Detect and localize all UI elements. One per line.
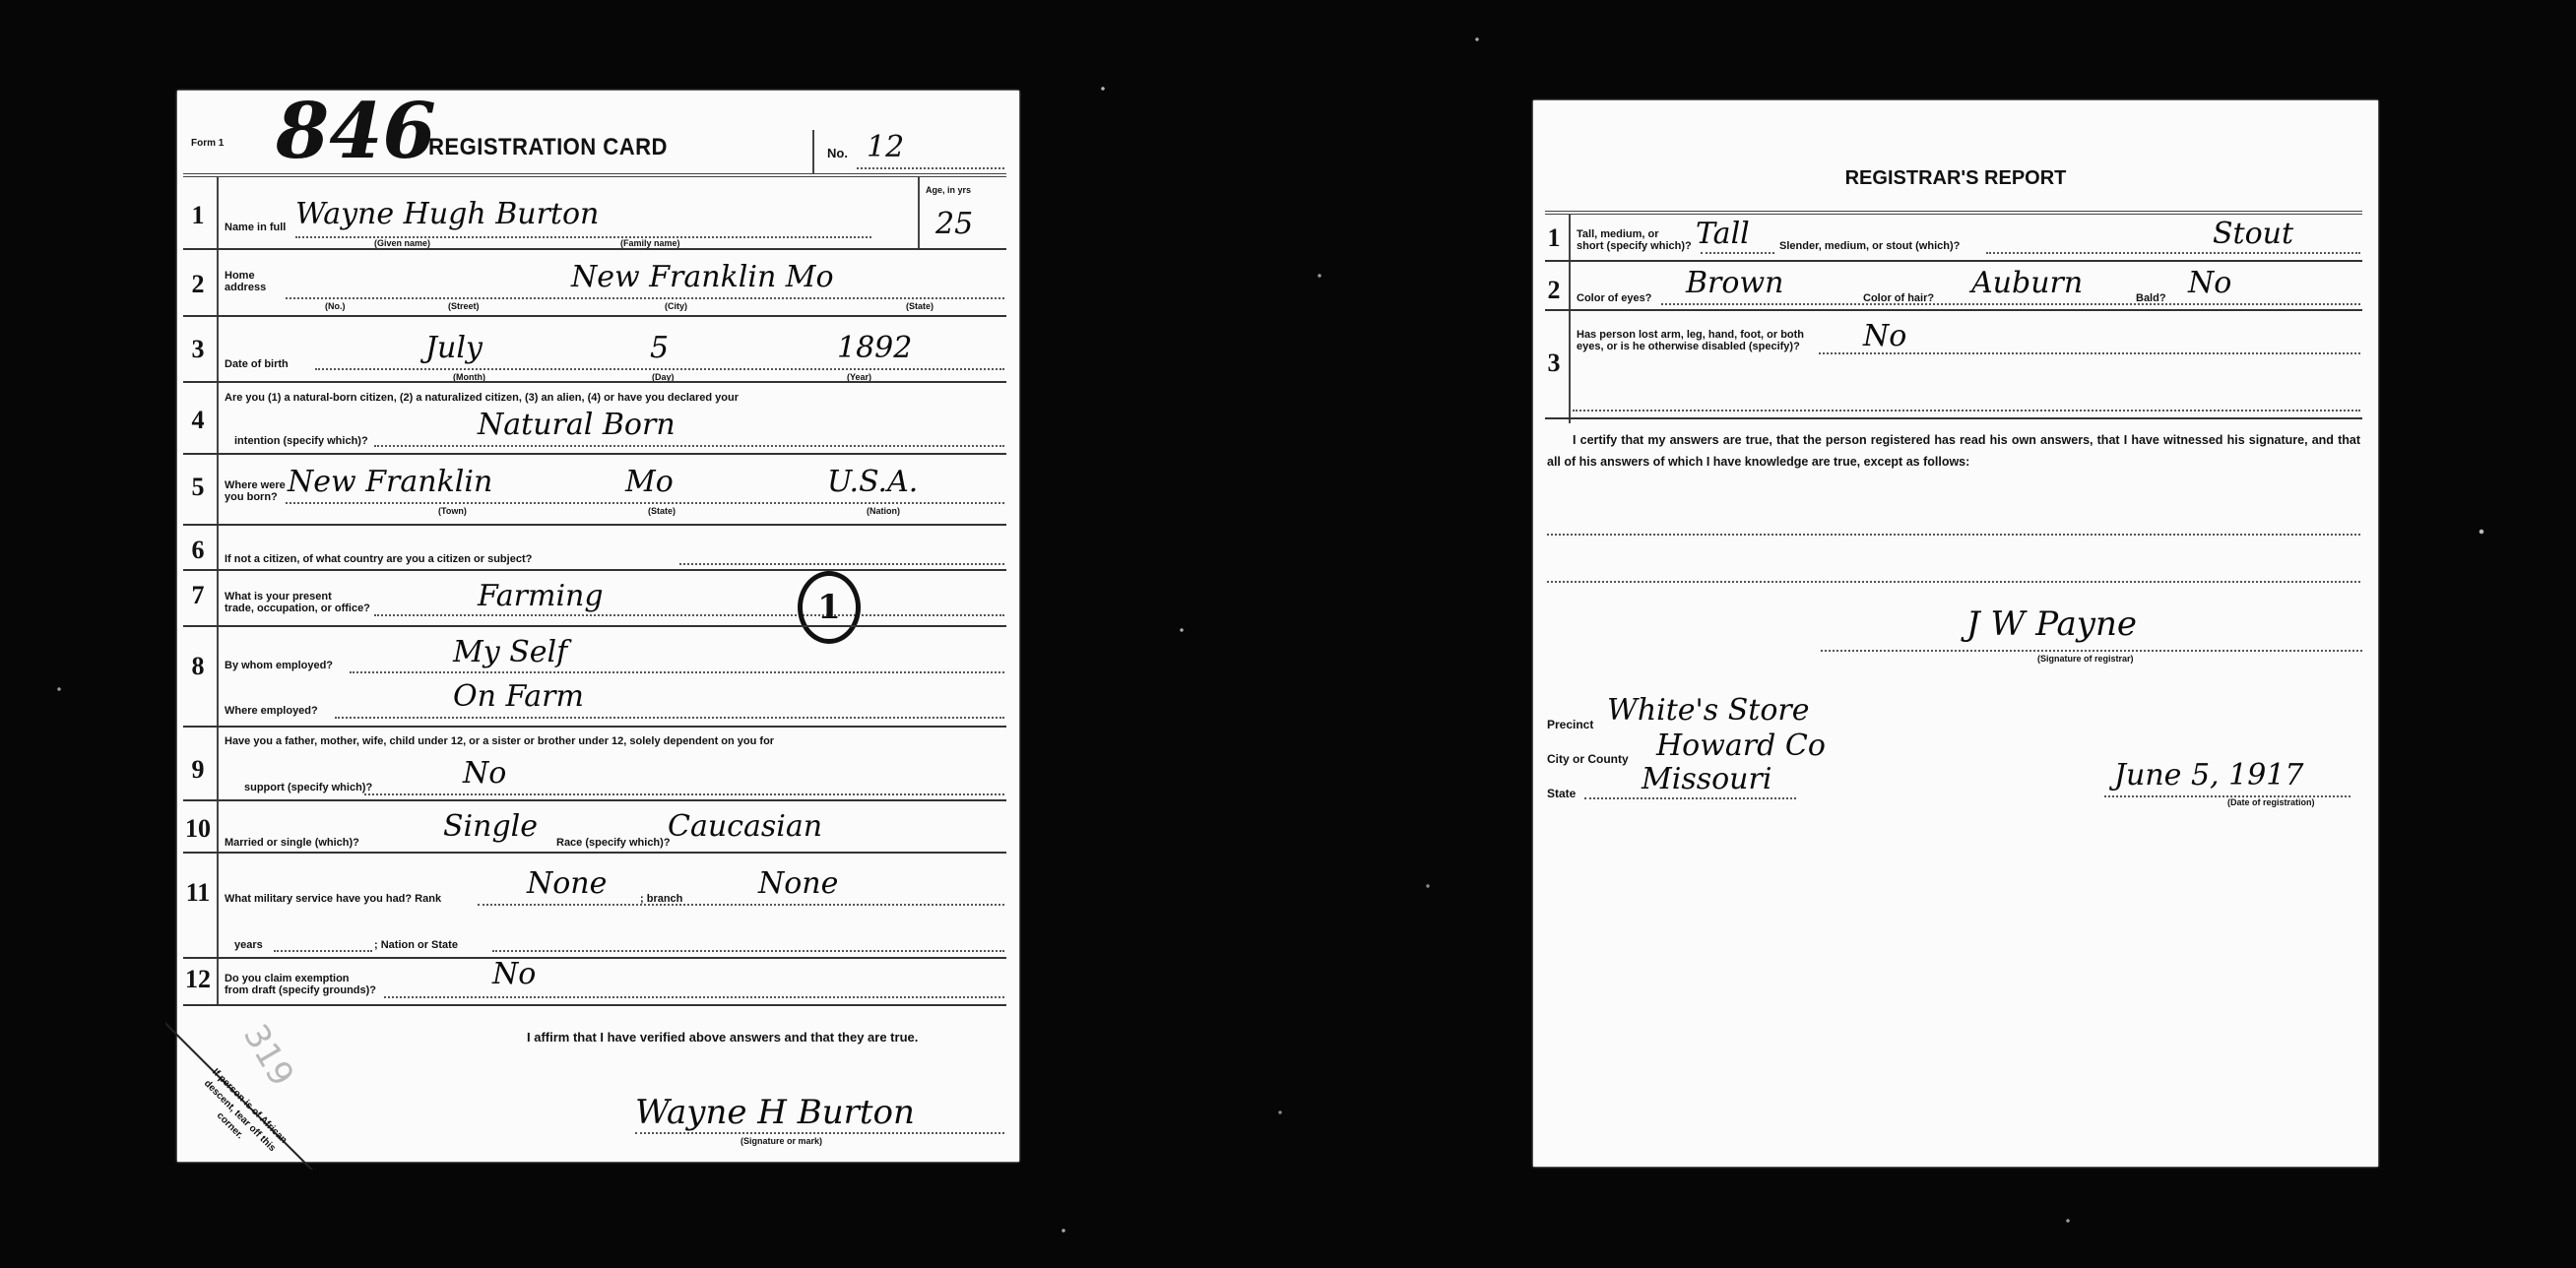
state-value: Missouri	[1642, 762, 1771, 796]
row-number: 5	[185, 473, 211, 502]
row-number: 3	[1541, 349, 1567, 378]
build-label: Slender, medium, or stout (which)?	[1779, 240, 1960, 252]
row-divider	[183, 569, 1006, 571]
header-rule	[1545, 211, 2362, 215]
registration-date: June 5, 1917	[2114, 758, 2303, 792]
row-divider	[183, 381, 1006, 383]
exception-line	[1547, 534, 2360, 536]
hair-color-value: Auburn	[1971, 266, 2083, 300]
disability-label: Has person lost arm, leg, hand, foot, or…	[1577, 329, 1804, 341]
divider	[918, 177, 920, 248]
card-number-label: No.	[827, 146, 848, 160]
card-number-value: 12	[867, 130, 904, 164]
number-column-rule	[217, 177, 219, 1004]
address-caption: (City)	[665, 301, 687, 311]
date-caption: (Date of registration)	[2227, 797, 2315, 807]
affirmation-text: I affirm that I have verified above answ…	[527, 1032, 918, 1044]
row-divider	[183, 852, 1006, 854]
birth-nation: U.S.A.	[827, 465, 918, 499]
divider	[274, 950, 372, 952]
employer-value: My Self	[453, 635, 567, 669]
row-number: 10	[181, 814, 215, 844]
divider	[857, 167, 1004, 169]
address-label: Home	[225, 270, 255, 282]
employer-label: By whom employed?	[225, 660, 333, 671]
branch-value: None	[758, 866, 838, 901]
exemption-label: from draft (specify grounds)?	[225, 984, 376, 996]
row-number: 9	[185, 755, 211, 785]
disability-value: No	[1863, 319, 1906, 353]
build-value: Stout	[2213, 217, 2293, 251]
row-divider	[183, 453, 1006, 455]
years-label: years	[234, 939, 263, 951]
birth-state: Mo	[625, 465, 674, 499]
report-title: REGISTRAR'S REPORT	[1533, 167, 2378, 190]
exemption-value: No	[492, 957, 536, 991]
dob-year: 1892	[837, 331, 912, 365]
divider	[286, 502, 1004, 504]
number-column-rule	[1569, 215, 1571, 423]
row-divider	[183, 315, 1006, 317]
row-divider	[183, 799, 1006, 801]
occupation-label: trade, occupation, or office?	[225, 602, 370, 614]
exception-line	[1547, 581, 2360, 583]
eye-color-value: Brown	[1686, 266, 1783, 300]
form-label: Form 1	[191, 138, 224, 149]
age-label: Age, in yrs	[926, 185, 971, 195]
divider	[286, 297, 1004, 299]
occupation-label: What is your present	[225, 591, 332, 602]
birthplace-label: Where were	[225, 479, 286, 491]
row-divider	[183, 957, 1006, 959]
header-rule	[183, 173, 1006, 177]
family-name-caption: (Family name)	[620, 238, 680, 248]
divider	[1584, 797, 1796, 799]
divider	[315, 368, 1004, 370]
registrant-signature: Wayne H Burton	[635, 1093, 915, 1132]
row-number: 7	[185, 581, 211, 610]
marital-value: Single	[443, 809, 538, 844]
row-number: 12	[181, 965, 215, 994]
signature-caption: (Signature or mark)	[741, 1136, 822, 1146]
row-divider	[1545, 260, 2362, 262]
registrar-signature: J W Payne	[1966, 604, 2137, 644]
card-title: REGISTRATION CARD	[428, 134, 668, 161]
dependents-value: No	[463, 756, 506, 791]
divider	[1821, 650, 2362, 652]
address-caption: (State)	[906, 301, 934, 311]
birthplace-caption: (Town)	[438, 506, 467, 516]
row-divider	[183, 1004, 1006, 1006]
address-caption: (Street)	[448, 301, 480, 311]
eye-color-label: Color of eyes?	[1577, 292, 1651, 304]
dependents-question: Have you a father, mother, wife, child u…	[225, 735, 774, 747]
row-number: 6	[185, 536, 211, 565]
row-number: 11	[181, 878, 215, 908]
row-divider	[1545, 417, 2362, 419]
row-number: 1	[1541, 223, 1567, 253]
registrar-caption: (Signature of registrar)	[2037, 654, 2134, 664]
row-number: 2	[1541, 276, 1567, 305]
state-label: State	[1547, 788, 1576, 799]
birthplace-label: you born?	[225, 491, 278, 503]
citizenship-label: intention (specify which)?	[234, 435, 368, 447]
row-divider	[183, 625, 1006, 627]
row-number: 4	[185, 406, 211, 435]
divider	[1819, 352, 2360, 354]
disability-label: eyes, or is he otherwise disabled (speci…	[1577, 341, 1800, 352]
citizenship-question: Are you (1) a natural-born citizen, (2) …	[225, 392, 739, 404]
work-location-value: On Farm	[453, 679, 584, 714]
address-label: address	[225, 282, 266, 293]
row-divider	[1545, 309, 2362, 311]
circled-class-mark: 1	[798, 571, 861, 644]
certification-text: I certify that my answers are true, that…	[1547, 429, 2360, 473]
divider	[335, 717, 1004, 719]
row-divider	[183, 726, 1006, 728]
row-number: 1	[185, 201, 211, 230]
given-name-caption: (Given name)	[374, 238, 430, 248]
citizenship-value: Natural Born	[478, 408, 676, 442]
nation-label: ; Nation or State	[374, 939, 458, 951]
row-number: 3	[185, 335, 211, 364]
dob-label: Date of birth	[225, 358, 289, 370]
serial-number: 846	[276, 87, 436, 176]
row-divider	[183, 248, 1006, 250]
divider	[374, 445, 1004, 447]
divider	[1701, 252, 1774, 254]
birthplace-caption: (State)	[648, 506, 676, 516]
name-value: Wayne Hugh Burton	[295, 197, 599, 231]
divider	[350, 671, 1004, 673]
birth-town: New Franklin	[288, 465, 492, 499]
address-value: New Franklin Mo	[571, 260, 834, 294]
divider	[384, 996, 1004, 998]
divider	[679, 563, 1004, 565]
row-divider	[183, 524, 1006, 526]
divider	[374, 614, 1004, 616]
work-location-label: Where employed?	[225, 705, 318, 717]
dependents-label: support (specify which)?	[244, 782, 372, 793]
branch-label: ; branch	[640, 893, 682, 905]
registrars-report-card: REGISTRAR'S REPORT 1 Tall, medium, or sh…	[1533, 100, 2378, 1167]
race-label: Race (specify which)?	[556, 837, 671, 849]
name-label: Name in full	[225, 222, 286, 233]
dob-day: 5	[650, 331, 669, 365]
divider	[364, 793, 1004, 795]
divider	[812, 130, 814, 173]
county-value: Howard Co	[1656, 729, 1826, 763]
registration-card-front: Form 1 846 REGISTRATION CARD No. 12 1 Na…	[177, 91, 1019, 1162]
occupation-value: Farming	[478, 579, 604, 613]
height-label: short (specify which)?	[1577, 240, 1692, 252]
address-caption: (No.)	[325, 301, 346, 311]
exemption-label: Do you claim exemption	[225, 973, 350, 984]
rank-value: None	[527, 866, 607, 901]
precinct-value: White's Store	[1607, 693, 1810, 728]
marital-label: Married or single (which)?	[225, 837, 359, 849]
citizen-of-label: If not a citizen, of what country are yo…	[225, 553, 532, 565]
precinct-label: Precinct	[1547, 719, 1593, 730]
race-value: Caucasian	[668, 809, 822, 844]
height-label: Tall, medium, or	[1577, 228, 1659, 240]
divider	[478, 904, 1004, 906]
row-number: 2	[185, 270, 211, 299]
divider	[1986, 252, 2360, 254]
dob-month: July	[425, 331, 483, 365]
bald-value: No	[2188, 266, 2231, 300]
age-value: 25	[935, 207, 973, 241]
divider	[1661, 303, 2360, 305]
military-label: What military service have you had? Rank	[225, 893, 441, 905]
divider	[1573, 410, 2360, 412]
row-number: 8	[185, 652, 211, 681]
birthplace-caption: (Nation)	[867, 506, 900, 516]
county-label: City or County	[1547, 753, 1629, 765]
height-value: Tall	[1696, 217, 1750, 251]
divider	[492, 950, 1004, 952]
divider	[635, 1132, 1004, 1134]
